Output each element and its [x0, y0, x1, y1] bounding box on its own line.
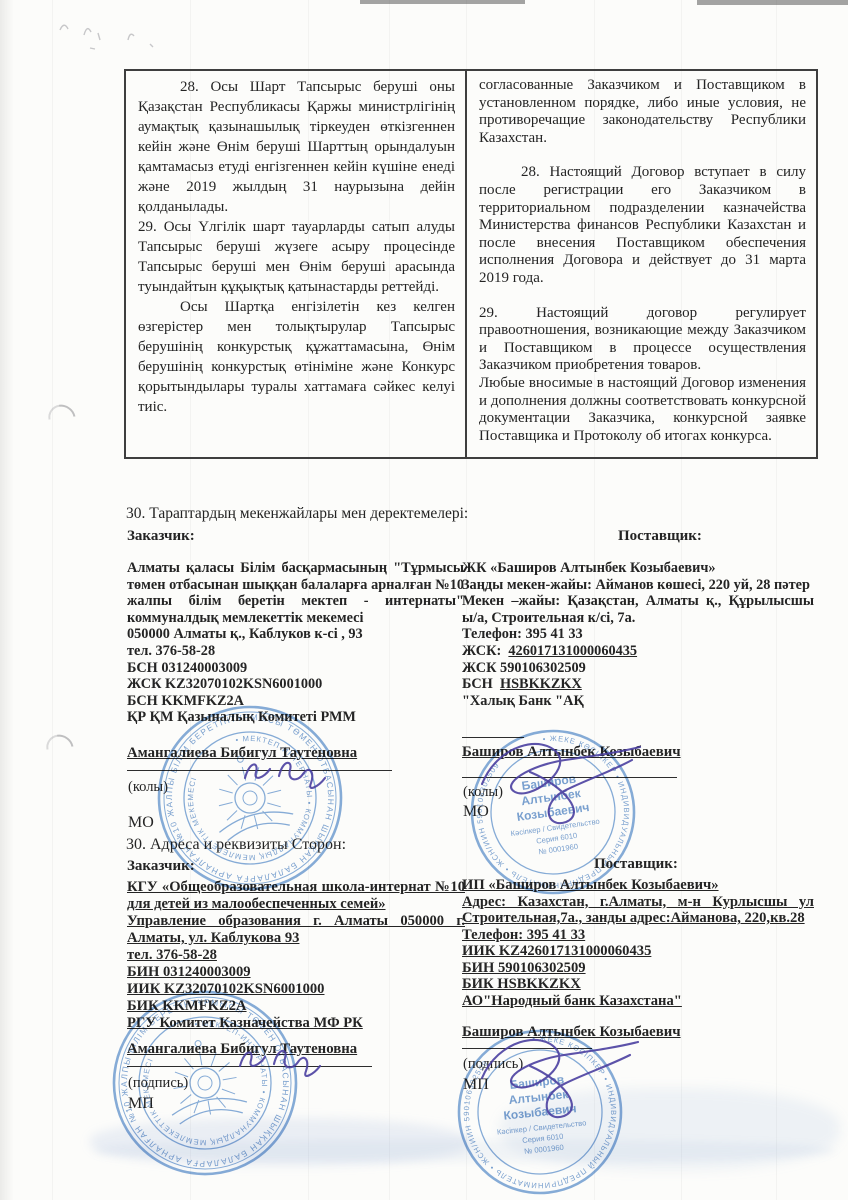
seal-cert-number: № 0001960	[524, 1143, 565, 1156]
clause-29-ru: 29. Настоящий договор регулирует правоот…	[479, 305, 806, 375]
section-30-title-kz: 30. Тараптардың мекенжайлары мен деректе…	[126, 505, 468, 523]
svg-text:ТҰРМЫСЫ ТӨМЕН ОТБАСЫНАН ШЫҚҚАН: ТҰРМЫСЫ ТӨМЕН ОТБАСЫНАН ШЫҚҚАН БАЛАЛАРҒА…	[105, 983, 304, 1182]
seal-caption-kz: МО	[128, 814, 154, 832]
clause-column-russian: согласованные Заказчиком и Поставщиком в…	[467, 71, 816, 457]
contract-clause-table: 28. Осы Шарт Тапсырыс беруші оны Қазақст…	[124, 69, 818, 459]
pencil-marks	[50, 8, 200, 53]
supplier-iik-ru: ИИК KZ426017131000060435	[462, 943, 814, 960]
customer-address-kz: 050000 Алматы қ., Каблуков к-сі , 93	[127, 626, 464, 643]
paragraph-gap	[479, 288, 806, 305]
hole-punch	[41, 729, 79, 766]
clause-28-ru: 28. Настоящий Договор вступает в силу по…	[479, 164, 806, 287]
scanned-contract-page: 28. Осы Шарт Тапсырыс беруші оны Қазақст…	[0, 0, 848, 1200]
supplier-bin-ru: БИН 590106302509	[462, 960, 814, 977]
supplier-details-kz: ЖК «Баширов Алтынбек Козыбаевич» Заңды м…	[462, 560, 814, 709]
supplier-label-kz: Поставщик:	[618, 528, 702, 545]
supplier-phone-kz: Телефон: 395 41 33	[462, 626, 814, 643]
customer-phone-kz: тел. 376-58-28	[127, 643, 464, 660]
seal-ring-text: ТҰРМЫСЫ ТӨМЕН ОТБАСЫНАН ШЫҚҚАН БАЛАЛАРҒА…	[105, 983, 304, 1182]
svg-text:ТҰРМЫСЫ ТӨМЕН ОТБАСЫНАН ШЫҚҚАН: ТҰРМЫСЫ ТӨМЕН ОТБАСЫНАН ШЫҚҚАН БАЛАЛАРҒА…	[146, 694, 355, 903]
supplier-zhsk-kz: ЖСК: 426017131000060435	[462, 643, 814, 660]
clause-column-kazakh: 28. Осы Шарт Тапсырыс беруші оны Қазақст…	[126, 71, 467, 457]
bsn-value: HSBKKZKX	[500, 676, 582, 692]
seal-ring-text: ТҰРМЫСЫ ТӨМЕН ОТБАСЫНАН ШЫҚҚАН БАЛАЛАРҒА…	[146, 694, 355, 903]
supplier-bik-ru: БИК HSBKKZKX	[462, 976, 814, 993]
supplier-signature	[470, 1028, 655, 1128]
zhsk-label: ЖСК:	[462, 643, 501, 659]
customer-label-kz: Заказчик:	[127, 528, 195, 545]
customer-signature	[235, 752, 345, 792]
svg-text:• МЕКТЕП-ИНТЕРНАТЫ • КОММУНАЛД: • МЕКТЕП-ИНТЕРНАТЫ • КОММУНАЛДЫҚ МЕМЛЕКЕ…	[131, 1009, 279, 1157]
customer-signature	[230, 1040, 340, 1080]
hole-punch	[43, 399, 81, 436]
supplier-bank-kz: "Халық Банк "АҚ	[462, 693, 814, 710]
scan-edge-mark	[360, 0, 525, 4]
seal-ring-text-inner: • МЕКТЕП-ИНТЕРНАТЫ • КОММУНАЛДЫҚ МЕМЛЕКЕ…	[131, 1009, 279, 1157]
supplier-zhsk2-kz: ЖСК 590106302509	[462, 660, 814, 677]
paragraph-gap	[479, 147, 806, 164]
customer-dept-ru: Управление образования г. Алматы 050000 …	[127, 913, 465, 947]
bsn-label: БСН	[462, 676, 493, 692]
supplier-bsn-kz: БСН HSBKKZKX	[462, 676, 814, 693]
customer-phone-ru: тел. 376-58-28	[127, 947, 465, 964]
clause-28-kz: 28. Осы Шарт Тапсырыс беруші оны Қазақст…	[138, 77, 455, 217]
customer-org-kz: Алматы қаласы Білім басқармасының "Тұрмы…	[127, 560, 464, 626]
supplier-phone-ru: Телефон: 395 41 33	[462, 927, 814, 944]
zhsk-value: 426017131000060435	[508, 643, 637, 659]
clause-amendments-kz: Осы Шартқа енгізілетін кез келген өзгері…	[138, 297, 455, 417]
supplier-signature	[468, 732, 658, 837]
clause-27-ru-tail: согласованные Заказчиком и Поставщиком в…	[479, 77, 806, 147]
scan-artifact-line	[52, 0, 53, 1200]
clause-amendments-ru: Любые вносимые в настоящий Договор измен…	[479, 375, 806, 445]
supplier-org-kz: ЖК «Баширов Алтынбек Козыбаевич»	[462, 560, 814, 577]
customer-bsn-kz: БСН 031240003009	[127, 660, 464, 677]
page-edge-shadow	[0, 0, 14, 1200]
supplier-address-kz: Мекен –жайы: Қазақстан, Алматы қ., Құрыл…	[462, 593, 814, 626]
customer-round-seal: ТҰРМЫСЫ ТӨМЕН ОТБАСЫНАН ШЫҚҚАН БАЛАЛАРҒА…	[95, 973, 315, 1193]
supplier-bank-ru: АО"Народный банк Казахстана"	[462, 993, 814, 1010]
supplier-legal-address-kz: Заңды мекен-жайы: Айманов көшесі, 220 уй…	[462, 577, 814, 594]
customer-bin-ru: БИН 031240003009	[127, 964, 465, 981]
scan-edge-mark	[697, 0, 848, 5]
clause-29-kz: 29. Осы Үлгілік шарт тауарларды сатып ал…	[138, 217, 455, 297]
